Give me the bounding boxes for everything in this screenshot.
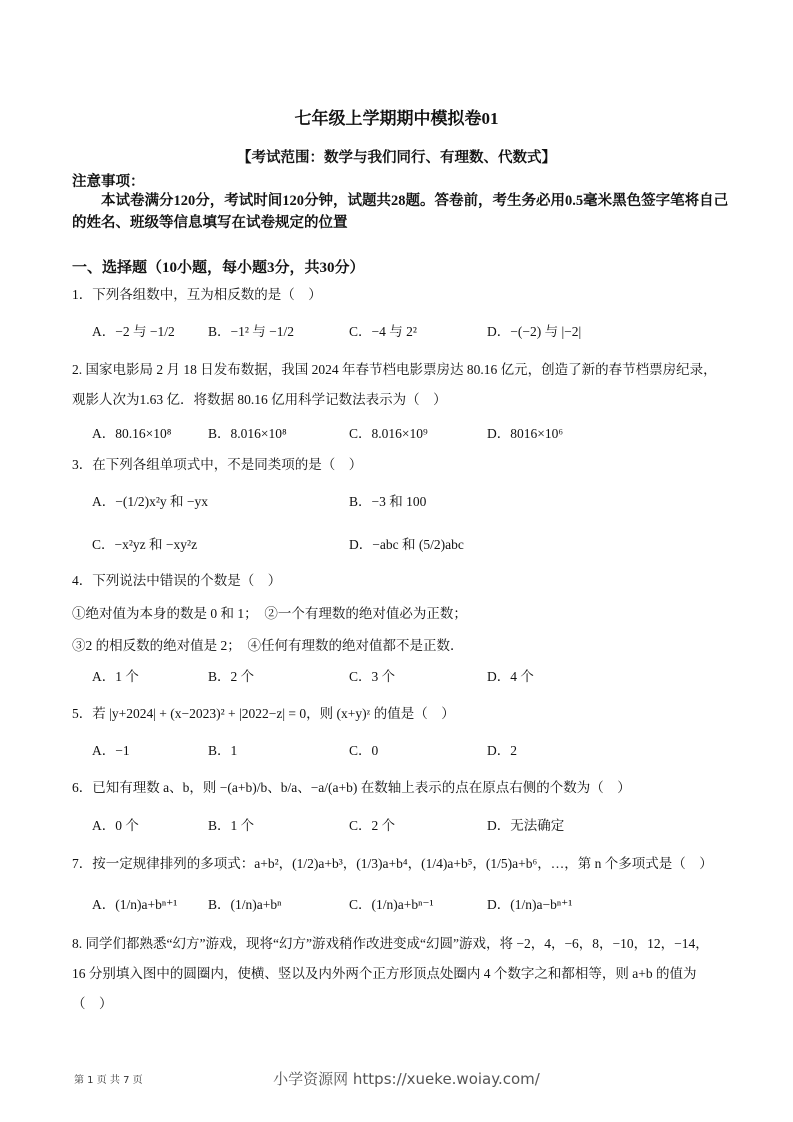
question-7-option-b: B．(1/n)a+bⁿ bbox=[208, 893, 281, 913]
question-7-option-c: C．(1/n)a+bⁿ⁻¹ bbox=[349, 893, 434, 913]
notice-label: 注意事项： bbox=[72, 170, 145, 191]
question-4-statements-line2: ③2 的相反数的绝对值是 2； ④任何有理数的绝对值都不是正数． bbox=[72, 634, 464, 654]
question-4-option-b: B．2 个 bbox=[208, 665, 254, 685]
question-4-option-d: D．4 个 bbox=[487, 665, 534, 685]
notice-text: 本试卷满分120分，考试时间120分钟，试题共28题。答卷前，考生务必用0.5毫… bbox=[72, 190, 732, 234]
question-7-option-a: A．(1/n)a+bⁿ⁺¹ bbox=[92, 893, 177, 913]
question-5-option-b: B．1 bbox=[208, 739, 237, 759]
question-2-option-c: C．8.016×10⁹ bbox=[349, 422, 428, 442]
question-6-option-d: D．无法确定 bbox=[487, 814, 564, 834]
watermark-link[interactable]: 小学资源网 https://xueke.woiay.com/ bbox=[0, 1068, 793, 1089]
page-title: 七年级上学期期中模拟卷01 bbox=[0, 104, 793, 129]
question-5-option-d: D．2 bbox=[487, 739, 517, 759]
question-8-stem-line2: 16 分别填入图中的圆圈内，使横、竖以及内外两个正方形顶点处圈内 4 个数字之和… bbox=[72, 962, 696, 982]
question-1-option-a: A．−2 与 −1/2 bbox=[92, 320, 175, 340]
question-6-option-c: C．2 个 bbox=[349, 814, 395, 834]
question-6-option-a: A．0 个 bbox=[92, 814, 139, 834]
question-5-stem: 5．若 |y+2024| + (x−2023)² + |2022−z| = 0，… bbox=[72, 702, 455, 722]
question-1-option-b: B．−1² 与 −1/2 bbox=[208, 320, 294, 340]
question-5-option-a: A．−1 bbox=[92, 739, 130, 759]
section-title: 一、选择题（10小题，每小题3分，共30分） bbox=[72, 256, 365, 277]
question-3-option-c: C．−x²yz 和 −xy²z bbox=[92, 533, 197, 553]
question-4-option-c: C．3 个 bbox=[349, 665, 395, 685]
question-4-statements-line1: ①绝对值为本身的数是 0 和 1； ②一个有理数的绝对值必为正数； bbox=[72, 602, 467, 622]
question-8-stem-line1: 8. 同学们都熟悉“幻方”游戏，现将“幻方”游戏稍作改进变成“幻圆”游戏，将 −… bbox=[72, 932, 709, 952]
question-1-option-d: D．−(−2) 与 |−2| bbox=[487, 320, 581, 340]
question-2-stem-line2: 观影人次为1.63 亿．将数据 80.16 亿用科学记数法表示为（ ） bbox=[72, 388, 447, 408]
question-8-stem-line3: （ ） bbox=[72, 992, 113, 1012]
question-1-option-c: C．−4 与 2² bbox=[349, 320, 417, 340]
question-6-option-b: B．1 个 bbox=[208, 814, 254, 834]
question-7-option-d: D．(1/n)a−bⁿ⁺¹ bbox=[487, 893, 572, 913]
question-2-option-a: A．80.16×10⁸ bbox=[92, 422, 171, 442]
question-2-option-d: D．8016×10⁶ bbox=[487, 422, 563, 442]
question-2-stem-line1: 2. 国家电影局 2 月 18 日发布数据，我国 2024 年春节档电影票房达 … bbox=[72, 358, 717, 378]
question-4-option-a: A．1 个 bbox=[92, 665, 139, 685]
question-1-stem: 1．下列各组数中，互为相反数的是（ ） bbox=[72, 283, 322, 303]
question-3-stem: 3．在下列各组单项式中，不是同类项的是（ ） bbox=[72, 453, 362, 473]
question-3-option-b: B．−3 和 100 bbox=[349, 490, 426, 510]
question-3-option-a: A．−(1/2)x²y 和 −yx bbox=[92, 490, 208, 510]
question-3-option-d: D．−abc 和 (5/2)abc bbox=[349, 533, 464, 553]
question-5-option-c: C．0 bbox=[349, 739, 378, 759]
question-2-option-b: B．8.016×10⁸ bbox=[208, 422, 287, 442]
question-7-stem: 7．按一定规律排列的多项式：a+b²，(1/2)a+b³，(1/3)a+b⁴，(… bbox=[72, 852, 713, 872]
exam-scope: 【考试范围：数学与我们同行、有理数、代数式】 bbox=[0, 146, 793, 167]
question-4-stem: 4．下列说法中错误的个数是（ ） bbox=[72, 569, 281, 589]
question-6-stem: 6．已知有理数 a、b，则 −(a+b)/b、b/a、−a/(a+b) 在数轴上… bbox=[72, 776, 631, 796]
